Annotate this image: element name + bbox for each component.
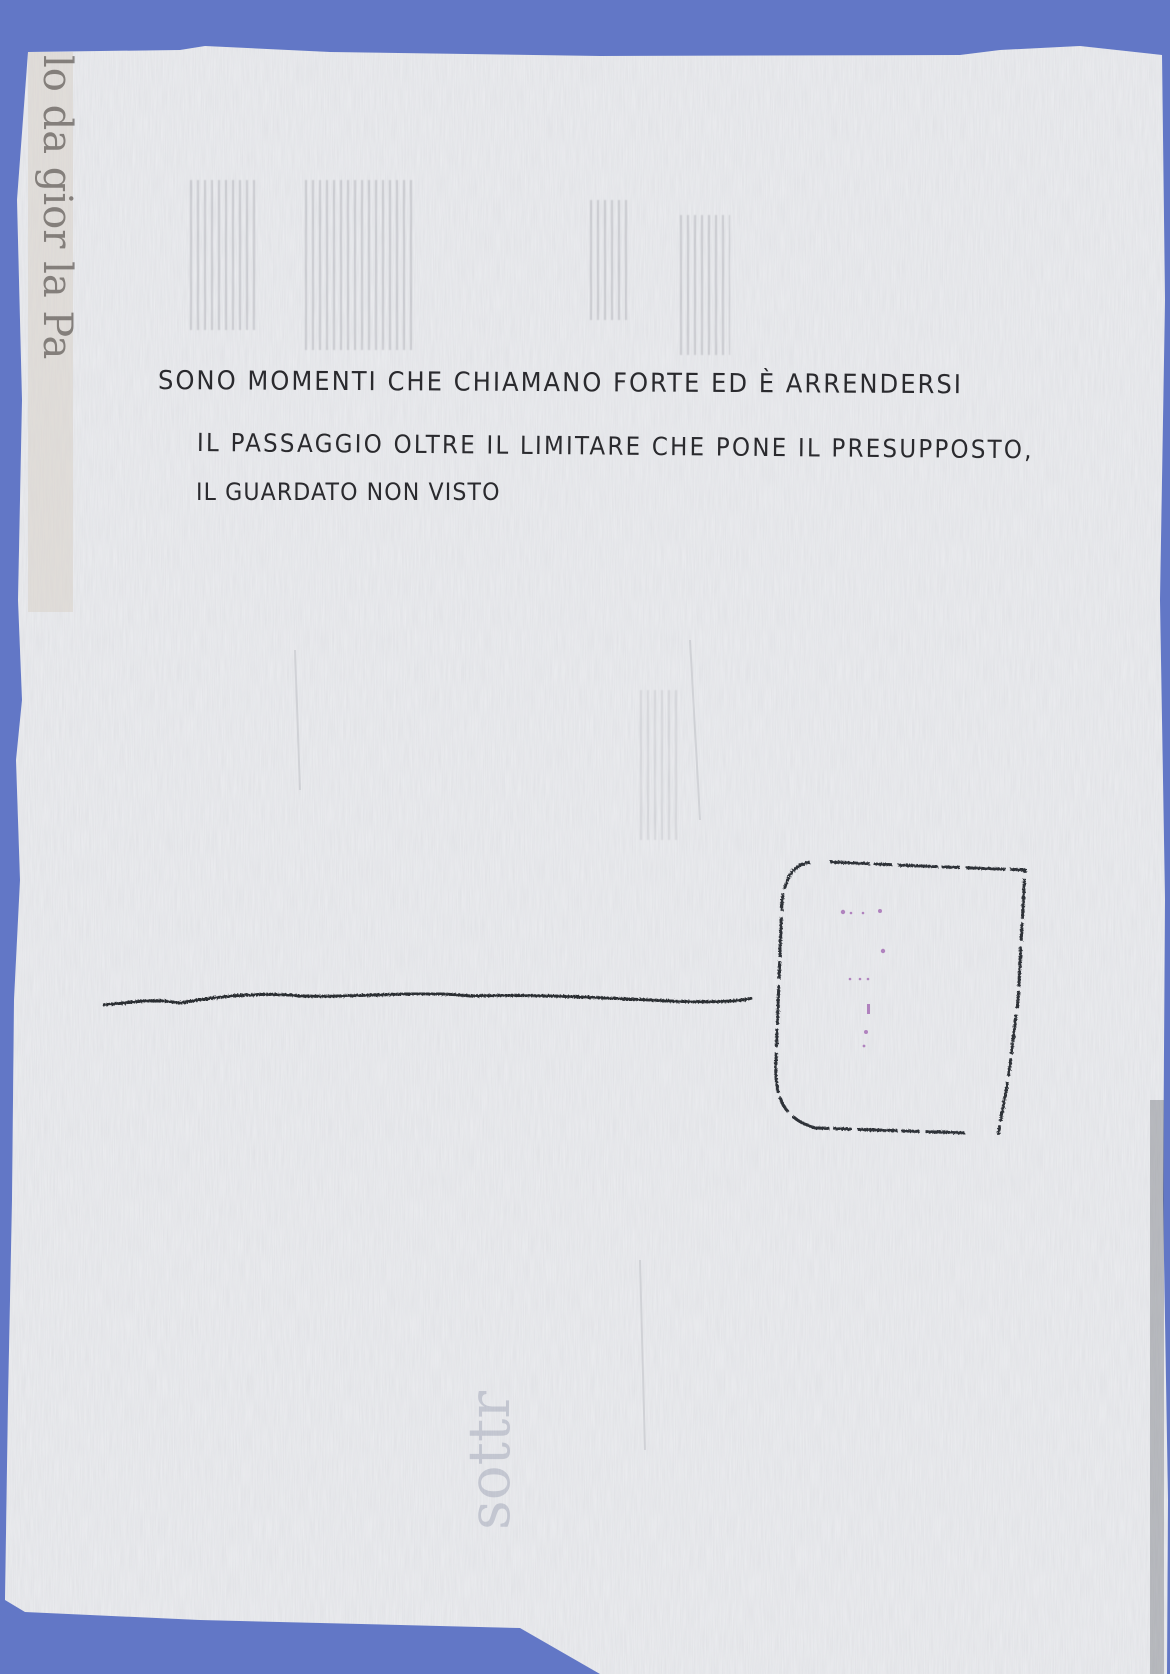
faded-newspaper-column: [190, 180, 260, 330]
newspaper-fragment-text: lo da gior la Pa: [34, 55, 80, 359]
painted-paper-sheet: [0, 0, 1170, 1674]
faded-newspaper-column: [680, 215, 730, 355]
faded-bottom-glyphs: sottr: [455, 1391, 523, 1530]
faded-newspaper-column: [640, 690, 680, 840]
faded-newspaper-column: [590, 200, 630, 320]
faded-newspaper-column: [305, 180, 415, 350]
handwritten-line-1: SONO MOMENTI CHE CHIAMANO FORTE ED È ARR…: [158, 366, 963, 400]
handwritten-line-3: IL GUARDATO NON VISTO: [196, 478, 501, 506]
